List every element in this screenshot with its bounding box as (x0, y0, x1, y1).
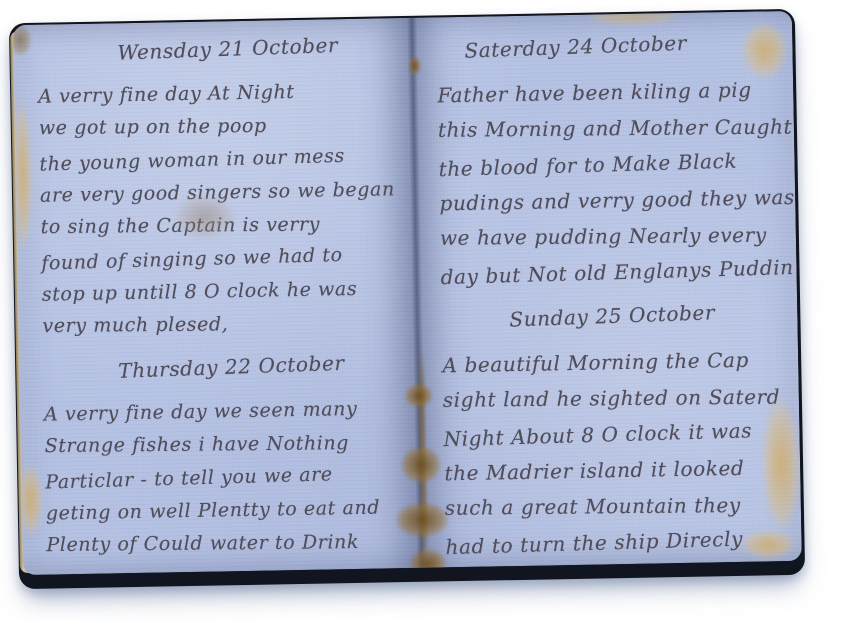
diary-entry-oct24: Saterday 24 October Father have been kil… (436, 25, 788, 293)
right-page: Saterday 24 October Father have been kil… (410, 11, 802, 568)
diary-entry-oct25: Sunday 25 October A beautiful Morning th… (441, 295, 793, 563)
entry-line: Father have been kiling a pig (437, 71, 785, 113)
entry-heading: Sunday 25 October (509, 293, 790, 337)
entry-heading: Wensday 21 October (117, 26, 401, 70)
entry-line: very much plesed, (42, 307, 406, 343)
diary-entry-oct21: Wensday 21 October A verry fine day At N… (37, 28, 406, 345)
entry-heading: Saterday 24 October (464, 22, 785, 67)
entry-heading: Thursday 22 October (118, 344, 407, 388)
entry-line: A verry fine day At Night (38, 74, 402, 114)
entry-line: had to turn the ship Direcly (445, 519, 794, 565)
pages: Wensday 21 October A verry fine day At N… (13, 11, 802, 575)
diary-photo: Wensday 21 October A verry fine day At N… (0, 0, 841, 621)
diary-entry-oct22: Thursday 22 October A verry fine day we … (43, 346, 410, 564)
entry-line: Plenty of Could water to Drink (46, 526, 410, 562)
left-page: Wensday 21 October A verry fine day At N… (13, 18, 420, 575)
entry-line: day but Not old Englanys Puddin (440, 249, 789, 295)
entry-line: A beautiful Morning the Cap (442, 341, 790, 383)
entry-line: A verry fine day we seen many (44, 392, 408, 432)
open-diary-book: Wensday 21 October A verry fine day At N… (9, 9, 805, 589)
